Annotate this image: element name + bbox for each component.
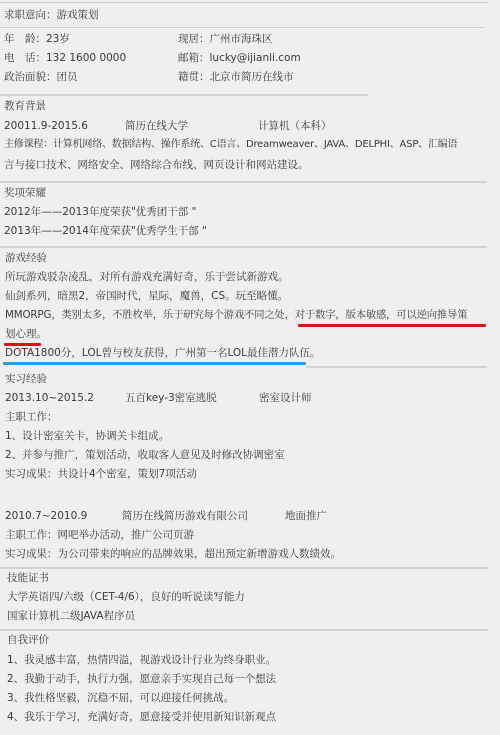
political-status-field: 政治面貌：团员 [4, 70, 78, 84]
residence-value: 广州市海珠区 [210, 33, 273, 45]
native-place-field: 籍贯：北京市简历在线市 [178, 70, 294, 84]
job-period: 2013.10~2015.2 [5, 391, 94, 405]
self-evaluation-item: 4、我乐于学习，充满好奇，愿意接受并使用新知识新观点 [7, 710, 276, 724]
education-title: 教育背景 [4, 99, 46, 113]
game-experience-line: 仙剑系列，暗黑2，帝国时代，星际，魔兽，CS。玩至略懂。 [5, 289, 288, 303]
email-value: lucky@ijianli.com [210, 52, 301, 64]
age-label: 年 龄： [4, 33, 46, 45]
job-duties-label: 主职工作： [5, 410, 58, 424]
top-divider [0, 2, 488, 3]
email-label: 邮箱： [178, 52, 210, 64]
self-evaluation-item: 3、我性格坚毅，沉稳不屈，可以迎接任何挑战。 [7, 691, 234, 705]
objective-label: 求职意向： [4, 9, 57, 21]
game-experience-highlight-red: 对于数字，版本敏感，可以逆向推导策 [295, 309, 468, 321]
education-divider [0, 181, 487, 183]
education-courses-line2: 言与接口技术、网络安全、网络综合布线、网页设计和网站建设。 [4, 158, 309, 172]
game-experience-divider [306, 366, 487, 368]
native-value: 北京市简历在线市 [210, 71, 294, 83]
skill-item: 大学英语四/六级（CET-4/6），良好的听说读写能力 [7, 590, 245, 604]
education-courses-line1: 主修课程：计算机网络、数据结构、操作系统、C语言、Dreamweaver、JAV… [4, 138, 457, 152]
age-value: 23岁 [46, 33, 70, 45]
job-result: 实习成果：共设计4个密室，策划7项活动 [5, 467, 197, 481]
political-value: 团员 [57, 71, 78, 83]
native-label: 籍贯： [178, 71, 210, 83]
job-duties-line: 主职工作：网吧举办活动，推广公司页游 [5, 528, 194, 542]
job-company: 五百key-3密室逃脱 [125, 391, 217, 405]
internship-title: 实习经验 [5, 372, 47, 386]
award-item: 2013年——2014年度荣获"优秀学生干部 " [4, 224, 207, 238]
phone-value: 132 1600 0000 [46, 52, 126, 64]
objective-value: 游戏策划 [57, 9, 99, 21]
award-item: 2012年——2013年度荣获"优秀团干部 " [4, 205, 196, 219]
phone-label: 电 话： [4, 52, 46, 64]
job-objective: 求职意向：游戏策划 [4, 8, 99, 22]
job-company: 简历在线简历游戏有限公司 [122, 509, 248, 523]
residence-label: 现居： [178, 33, 210, 45]
skills-title: 技能证书 [7, 571, 49, 585]
email-field: 邮箱：lucky@ijianli.com [178, 51, 301, 65]
political-label: 政治面貌： [4, 71, 57, 83]
job-duty: 1、设计密室关卡，协调关卡组成。 [5, 429, 169, 443]
skills-divider [0, 629, 488, 631]
education-school: 简历在线大学 [125, 119, 188, 133]
personal-divider [0, 94, 368, 96]
blue-underline [3, 362, 306, 365]
job-role: 地面推广 [285, 509, 327, 523]
job-period: 2010.7~2010.9 [5, 509, 87, 523]
job-role: 密室设计师 [259, 391, 312, 405]
internship-divider [0, 567, 488, 569]
residence-field: 现居：广州市海珠区 [178, 32, 273, 46]
awards-divider [0, 246, 487, 248]
game-experience-line: 所玩游戏驳杂凌乱，对所有游戏充满好奇，乐于尝试新游戏。 [5, 270, 289, 284]
age-field: 年 龄：23岁 [4, 32, 70, 46]
education-major: 计算机（本科） [258, 119, 332, 133]
awards-title: 奖项荣耀 [4, 186, 46, 200]
job-result: 实习成果：为公司带来的响应的品牌效果，超出预定新增游戏人数绩效。 [5, 547, 341, 561]
objective-divider [0, 27, 484, 28]
self-evaluation-title: 自我评价 [7, 633, 49, 647]
game-experience-line: MMORPG，类别太多，不胜枚举，乐于研究每个游戏不同之处，对于数字，版本敏感，… [5, 308, 467, 322]
red-underline [298, 324, 486, 327]
game-experience-line: DOTA1800分，LOL曾与校友获得，广州第一名LOL最佳潜力队伍。 [5, 346, 321, 360]
game-experience-plain: MMORPG，类别太多，不胜枚举，乐于研究每个游戏不同之处， [5, 309, 295, 321]
phone-field: 电 话：132 1600 0000 [4, 51, 126, 65]
job-duty: 2、并参与推广，策划活动，收取客人意见及时修改协调密室 [5, 448, 285, 462]
game-experience-title: 游戏经验 [5, 251, 47, 265]
education-period: 20011.9-2015.6 [4, 119, 88, 133]
skill-item: 国家计算机二级JAVA程序员 [7, 609, 135, 623]
self-evaluation-item: 1、我灵感丰富，热情四溢，视游戏设计行业为终身职业。 [7, 653, 276, 667]
self-evaluation-item: 2、我勤于动手，执行力强，愿意亲手实现自己每一个想法 [7, 672, 276, 686]
game-experience-line: 划心理。 [5, 327, 47, 341]
